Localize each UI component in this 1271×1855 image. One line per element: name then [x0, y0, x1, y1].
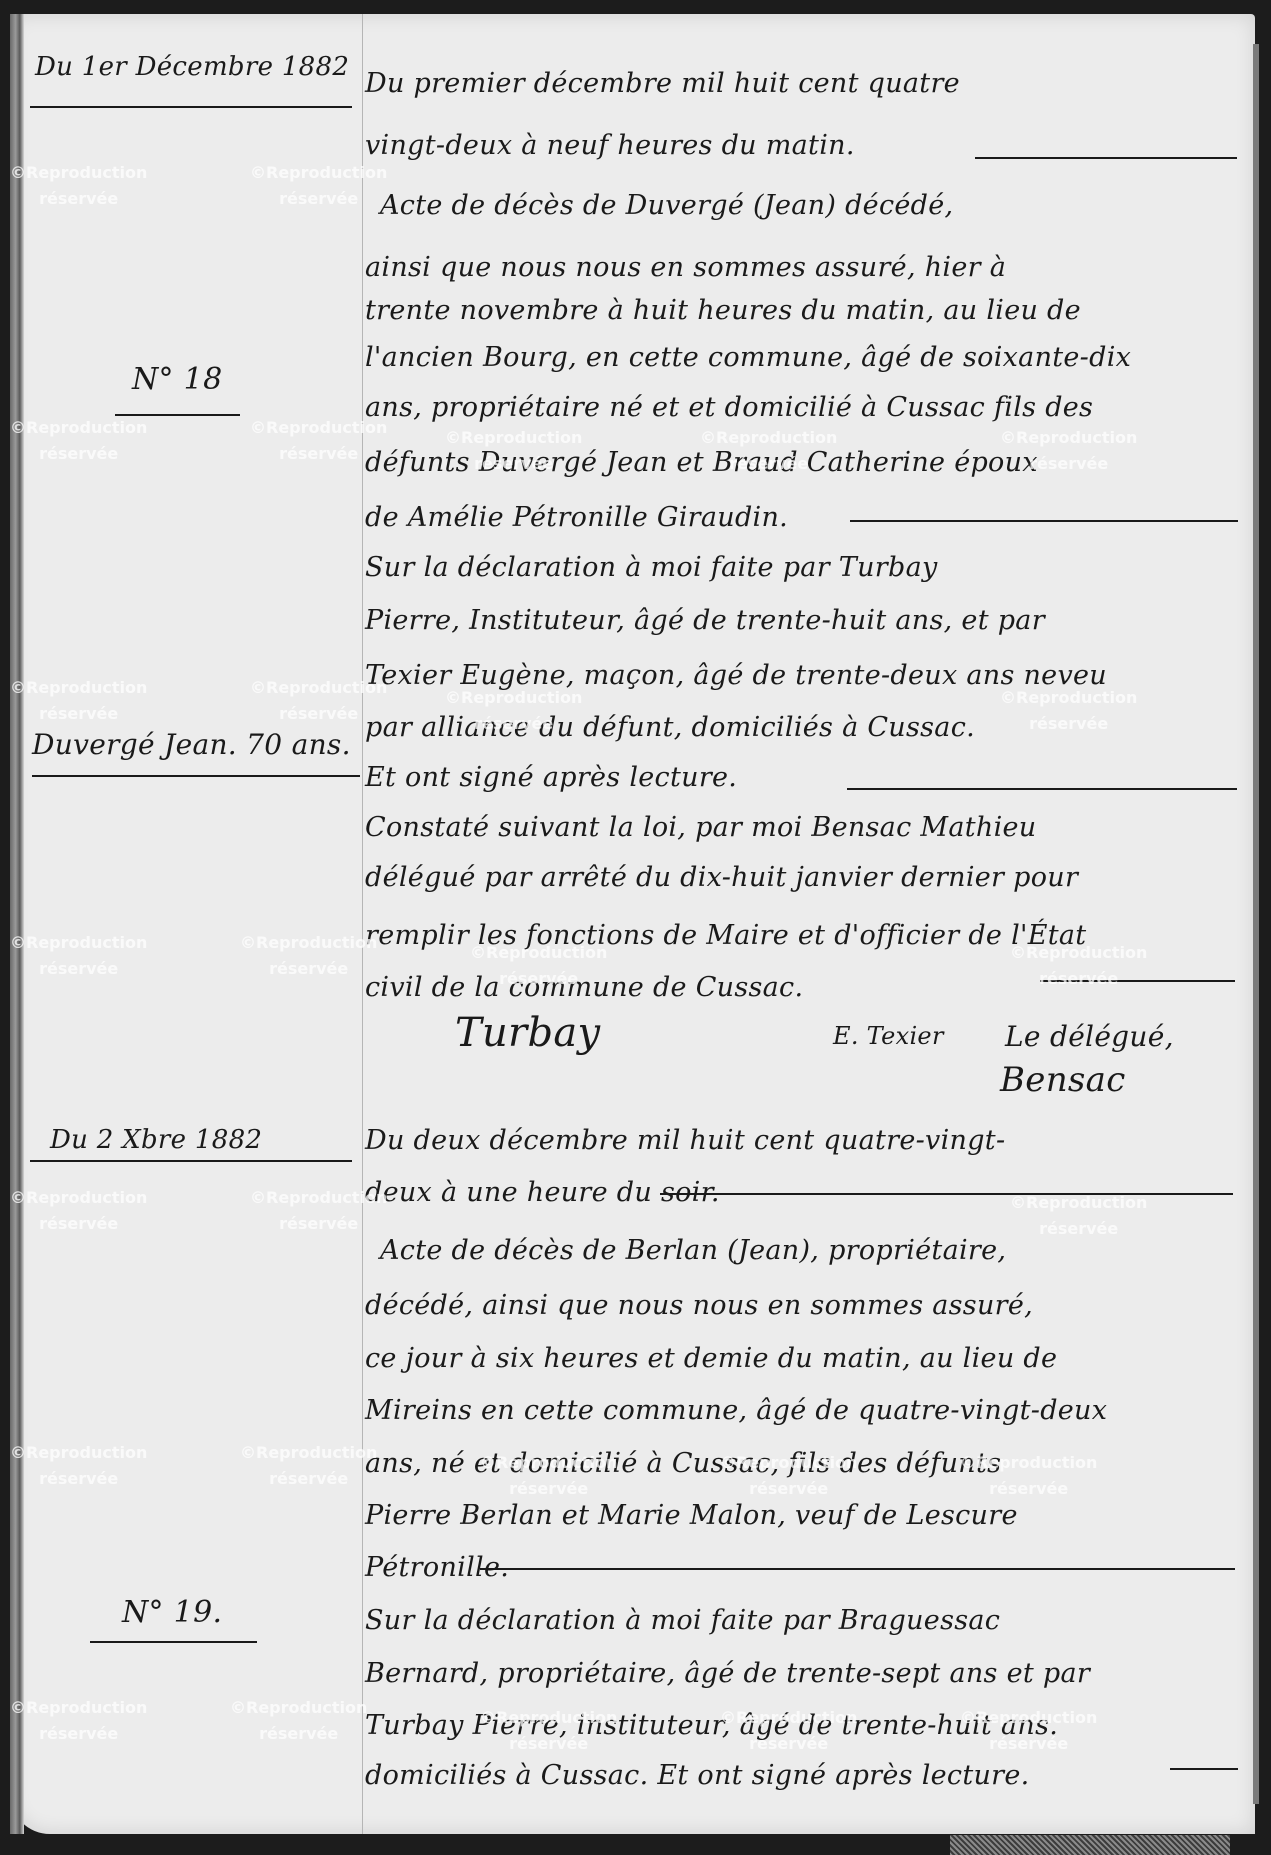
entry-18-line: ans, propriétaire né et et domicilié à C… — [365, 392, 1093, 423]
background-cloth — [950, 1835, 1230, 1855]
entry-19-number-underline — [90, 1641, 257, 1643]
entry-18-line: civil de la commune de Cussac. — [365, 972, 803, 1003]
entry-18-line: par alliance du défunt, domiciliés à Cus… — [365, 712, 975, 743]
entry-18-line: Texier Eugène, maçon, âgé de trente-deux… — [365, 660, 1107, 691]
line-filler — [1040, 980, 1235, 982]
entry-18-line: de Amélie Pétronille Giraudin. — [365, 502, 788, 533]
line-filler — [660, 1193, 1233, 1195]
entry-19-line: Bernard, propriétaire, âgé de trente-sep… — [365, 1658, 1090, 1689]
entry-18-number-underline — [115, 414, 240, 416]
line-filler — [1170, 1768, 1238, 1770]
entry-18-line: Acte de décès de Duvergé (Jean) décédé, — [380, 190, 953, 221]
entry-18-number: N° 18 — [132, 362, 222, 397]
line-filler — [847, 788, 1237, 790]
entry-19-line: domiciliés à Cussac. Et ont signé après … — [365, 1760, 1030, 1791]
signature-witness-1: Turbay — [455, 1010, 600, 1056]
entry-19-line: Acte de décès de Berlan (Jean), propriét… — [380, 1235, 1006, 1266]
entry-19-line: ce jour à six heures et demie du matin, … — [365, 1343, 1057, 1374]
entry-18-line: remplir les fonctions de Maire et d'offi… — [365, 920, 1086, 951]
page-edge — [1253, 44, 1259, 1804]
officer-title: Le délégué, — [1005, 1020, 1174, 1053]
entry-18-line: vingt-deux à neuf heures du matin. — [365, 130, 855, 161]
entry-18-line: ainsi que nous nous en sommes assuré, hi… — [365, 252, 1006, 283]
entry-19-line: Pierre Berlan et Marie Malon, veuf de Le… — [365, 1500, 1018, 1531]
signature-officer: Bensac — [1000, 1060, 1126, 1100]
entry-19-line: Turbay Pierre, instituteur, âgé de trent… — [365, 1710, 1058, 1741]
line-filler — [850, 520, 1238, 522]
entry-18-line: Constaté suivant la loi, par moi Bensac … — [365, 812, 1036, 843]
entry-19-line: décédé, ainsi que nous nous en sommes as… — [365, 1290, 1033, 1321]
entry-19-date: Du 2 Xbre 1882 — [50, 1125, 262, 1155]
entry-18-line: Et ont signé après lecture. — [365, 762, 737, 793]
line-filler — [480, 1568, 1235, 1570]
entry-19-date-underline — [30, 1160, 352, 1162]
page-binding — [10, 14, 24, 1834]
entry-18-line: l'ancien Bourg, en cette commune, âgé de… — [365, 342, 1131, 373]
entry-19-line: Sur la déclaration à moi faite par Bragu… — [365, 1605, 1000, 1636]
entry-19-number: N° 19. — [122, 1595, 222, 1630]
entry-18-line: délégué par arrêté du dix-huit janvier d… — [365, 862, 1078, 893]
entry-18-name: Duvergé Jean. 70 ans. — [32, 728, 351, 761]
entry-19-line: ans, né et domicilié à Cussac, fils des … — [365, 1448, 1001, 1479]
entry-18-date: Du 1er Décembre 1882 — [35, 52, 349, 82]
entry-18-line: trente novembre à huit heures du matin, … — [365, 295, 1081, 326]
entry-18-name-underline — [32, 775, 360, 777]
entry-18-line: Sur la déclaration à moi faite par Turba… — [365, 552, 938, 583]
entry-19-line: Du deux décembre mil huit cent quatre-vi… — [365, 1125, 1005, 1156]
entry-18-line: Du premier décembre mil huit cent quatre — [365, 68, 960, 99]
entry-19-line: Mireins en cette commune, âgé de quatre-… — [365, 1395, 1107, 1426]
line-filler — [975, 157, 1237, 159]
entry-18-line: défunts Duvergé Jean et Braud Catherine … — [365, 447, 1038, 478]
signature-witness-2: E. Texier — [833, 1022, 944, 1050]
entry-18-date-underline — [30, 106, 352, 108]
entry-18-line: Pierre, Instituteur, âgé de trente-huit … — [365, 605, 1045, 636]
margin-rule — [362, 14, 363, 1834]
